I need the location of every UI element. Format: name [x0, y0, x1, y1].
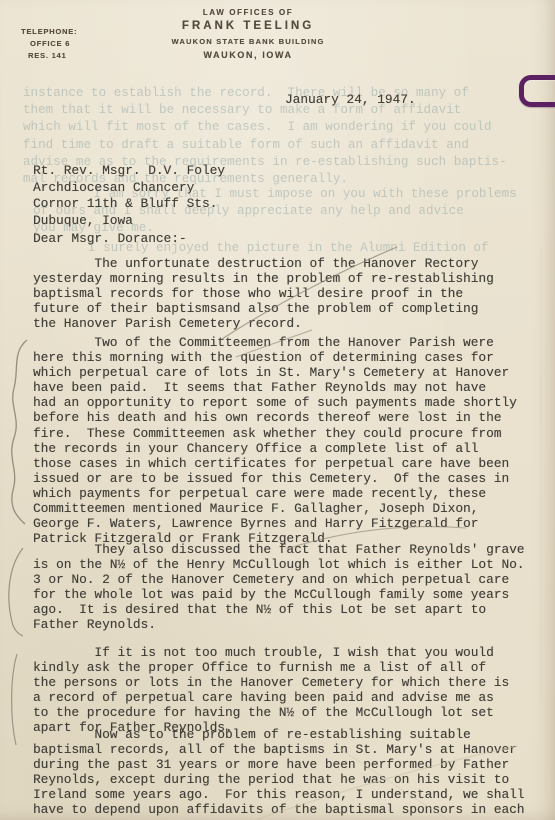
paragraph-3: They also discussed the fact that Father…: [33, 542, 524, 633]
telephone-residence: RES. 141: [21, 51, 77, 61]
paragraph-1: The unfortunate destruction of the Hanov…: [33, 256, 494, 331]
paperclip: [519, 75, 555, 107]
margin-brace-paragraph-2: [12, 340, 27, 524]
paragraph-4: If it is not too much trouble, I wish th…: [33, 645, 509, 736]
letter-page: instance to establish the record. There …: [0, 0, 555, 820]
letterhead-phone-block: TELEPHONE: OFFICE 6 RES. 141: [21, 27, 77, 63]
letterhead-building: WAUKON STATE BANK BUILDING: [98, 37, 398, 46]
letterhead-center-block: LAW OFFICES OF FRANK TEELING WAUKON STAT…: [98, 0, 398, 60]
letterhead-law-offices: LAW OFFICES OF: [98, 8, 398, 17]
recipient-address: Rt. Rev. Msgr. D.V. Foley Archdiocesan C…: [33, 163, 225, 229]
telephone-label: TELEPHONE:: [21, 27, 77, 37]
margin-brace-paragraph-4: [12, 654, 17, 745]
paragraph-2: Two of the Committeemen from the Hanover…: [33, 335, 517, 546]
letterhead-city: WAUKON, IOWA: [98, 50, 398, 60]
telephone-office: OFFICE 6: [21, 39, 77, 49]
letterhead-firm-name: FRANK TEELING: [98, 20, 398, 32]
margin-brace-paragraph-3: [9, 548, 23, 636]
date-line: January 24, 1947.: [285, 92, 416, 107]
paragraph-5: Now as to the problem of re-establishing…: [33, 727, 524, 818]
salutation: Dear Msgr. Dorance:-: [33, 231, 187, 246]
